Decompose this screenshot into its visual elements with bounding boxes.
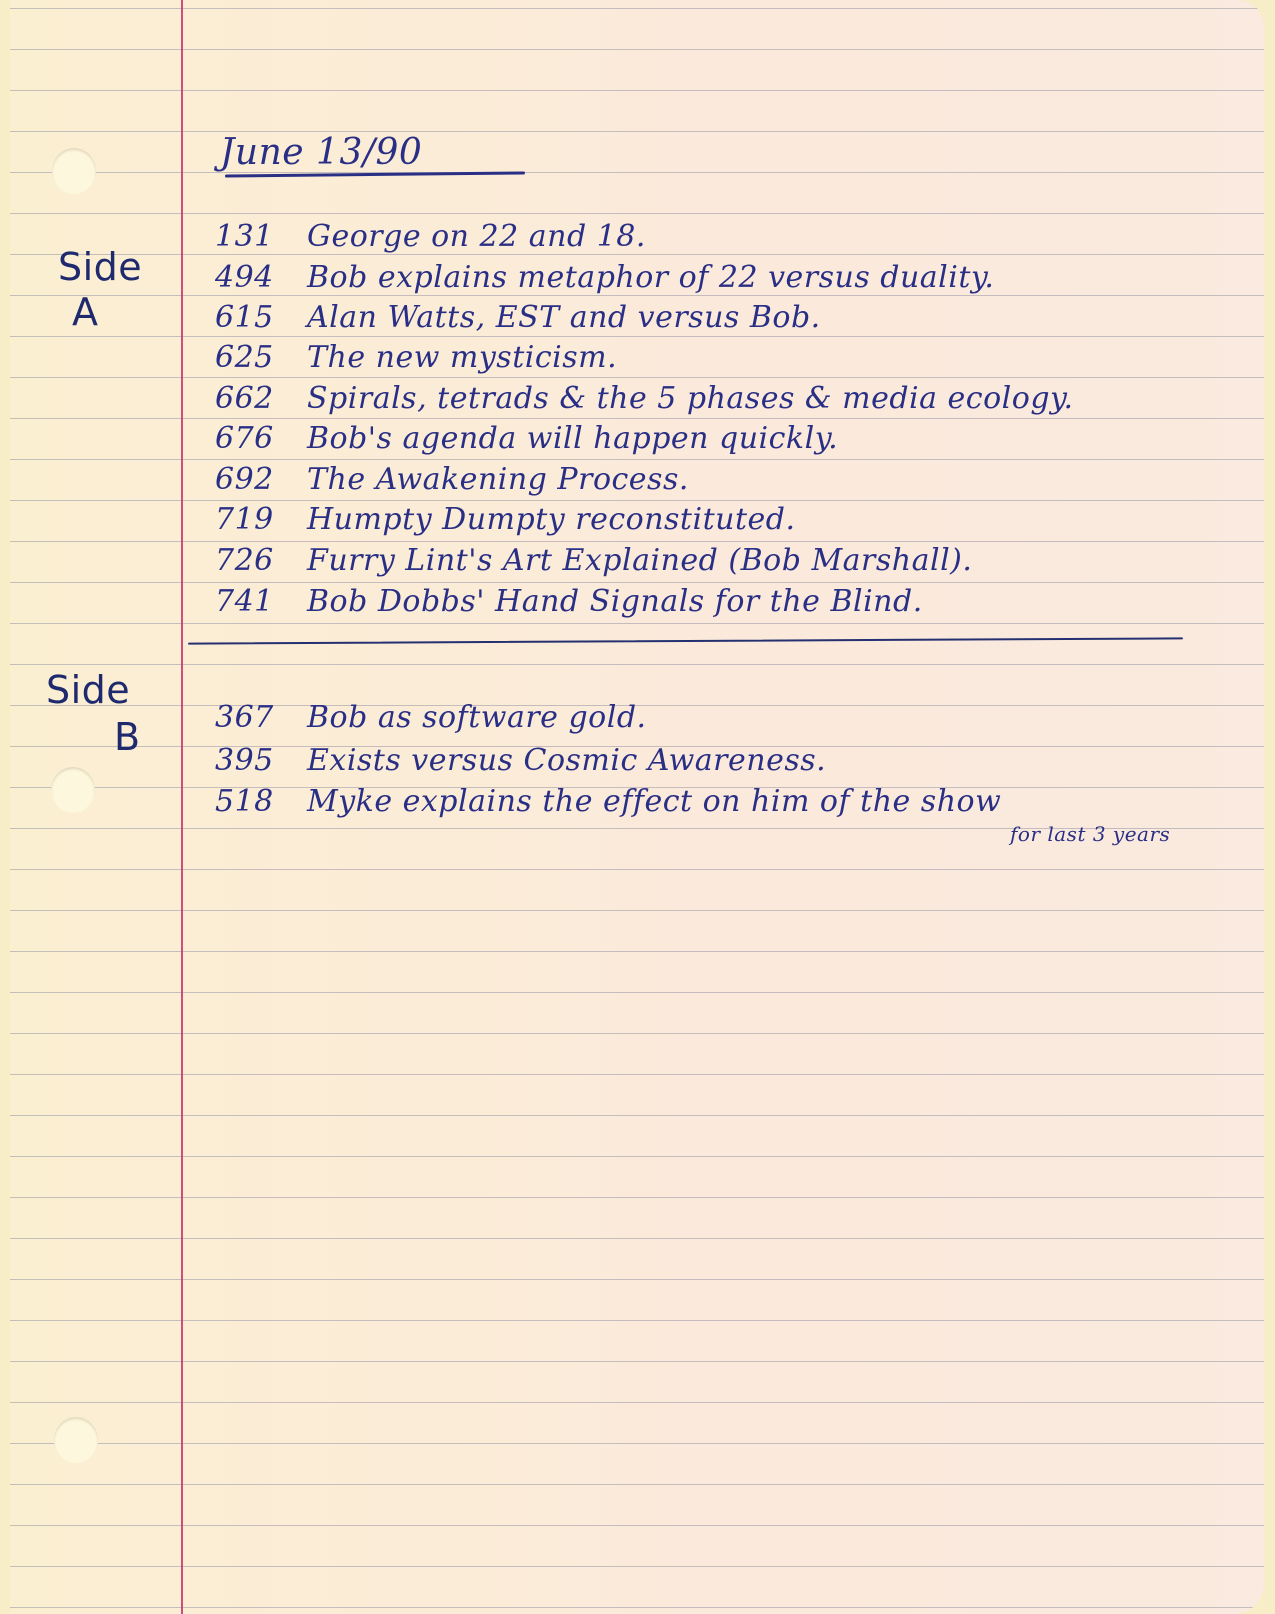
entry-footnote: for last 3 years: [1010, 822, 1170, 846]
binder-hole-top: [52, 148, 96, 194]
margin-line: [181, 0, 183, 1614]
list-item: 625The new mysticism.: [215, 340, 617, 375]
side-b-letter: B: [114, 715, 141, 759]
list-item: 395Exists versus Cosmic Awareness.: [215, 743, 826, 778]
list-item: 692The Awakening Process.: [215, 462, 689, 497]
binder-hole-middle: [51, 767, 95, 813]
side-a-label: Side: [58, 245, 142, 289]
side-b-label: Side: [46, 668, 130, 712]
list-item: 494Bob explains metaphor of 22 versus du…: [215, 260, 994, 295]
page-date: June 13/90: [220, 132, 422, 173]
list-item: 367Bob as software gold.: [215, 700, 647, 735]
list-item: 719Humpty Dumpty reconstituted.: [215, 502, 796, 537]
list-item: 676Bob's agenda will happen quickly.: [215, 421, 838, 456]
notebook-page: June 13/90 Side A 131George on 22 and 18…: [10, 0, 1264, 1614]
list-item: 615Alan Watts, EST and versus Bob.: [215, 300, 821, 335]
section-divider: [188, 637, 1183, 644]
binder-hole-bottom: [54, 1417, 98, 1463]
list-item: 726Furry Lint's Art Explained (Bob Marsh…: [215, 543, 972, 578]
list-item: 518Myke explains the effect on him of th…: [215, 784, 1001, 819]
list-item: 662Spirals, tetrads & the 5 phases & med…: [215, 381, 1074, 416]
list-item: 131George on 22 and 18.: [215, 219, 646, 254]
list-item: 741Bob Dobbs' Hand Signals for the Blind…: [215, 584, 923, 619]
side-a-letter: A: [72, 290, 99, 334]
